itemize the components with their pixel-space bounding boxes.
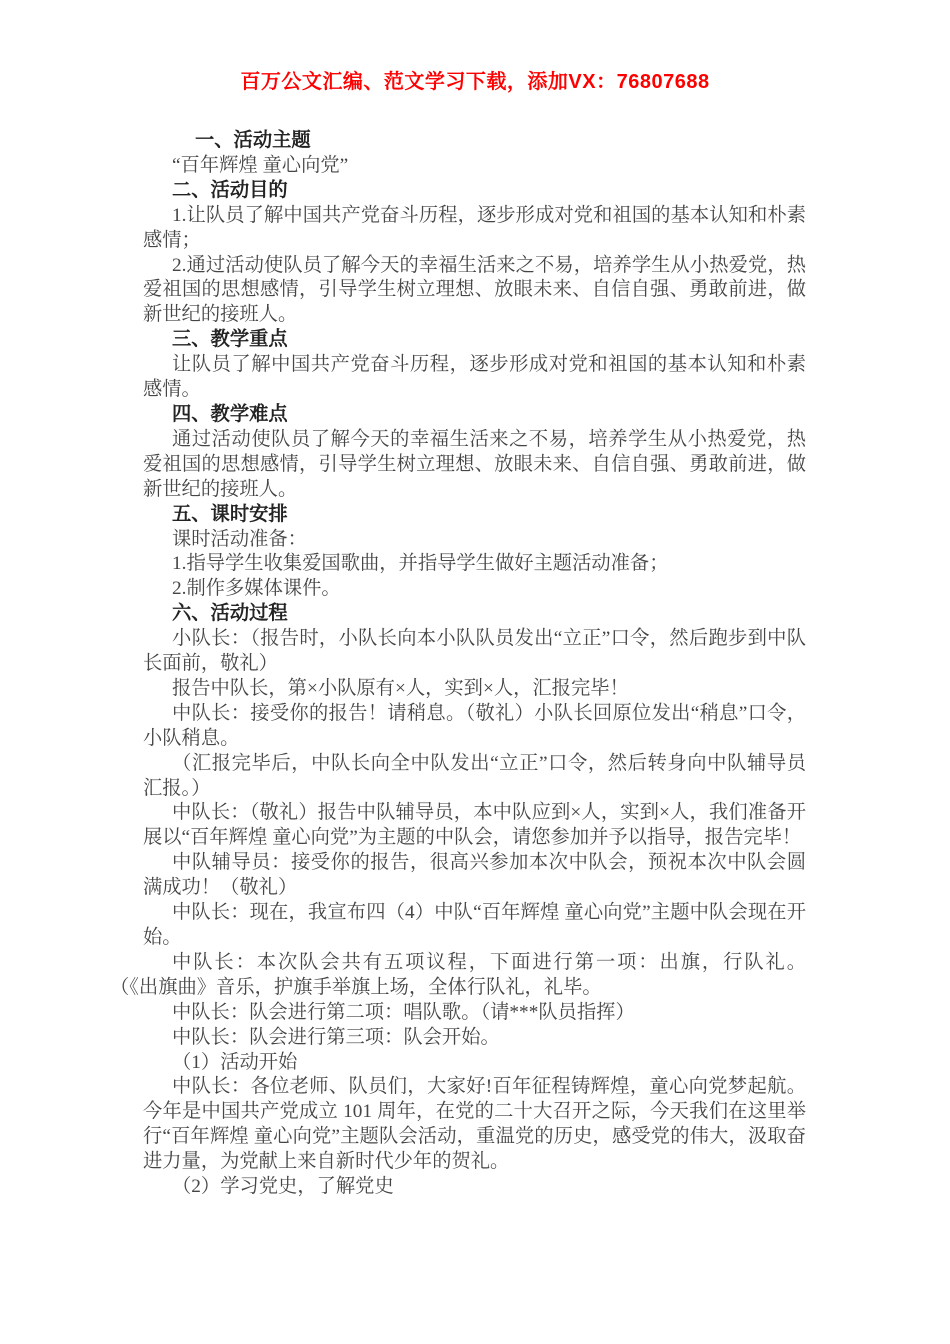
paragraph: 2.通过活动使队员了解今天的幸福生活来之不易，培养学生从小热爱党，热爱祖国的思想…: [143, 254, 806, 329]
paragraph: 中队长：（敬礼）报告中队辅导员，本中队应到×人，实到×人，我们准备开展以“百年辉…: [143, 801, 806, 851]
paragraph: 中队长：队会进行第二项：唱队歌。（请***队员指挥）: [143, 1001, 806, 1026]
paragraph: 课时活动准备：: [143, 528, 806, 553]
paragraph: （汇报完毕后，中队长向全中队发出“立正”口令，然后转身向中队辅导员汇报。）: [143, 752, 806, 802]
paragraph: 中队长：接受你的报告！请稍息。（敬礼）小队长回原位发出“稍息”口令，小队稍息。: [143, 702, 806, 752]
paragraph: 1.指导学生收集爱国歌曲，并指导学生做好主题活动准备；: [143, 552, 806, 577]
paragraph: 报告中队长，第×小队原有×人，实到×人，汇报完毕！: [143, 677, 806, 702]
document-page: 百万公文汇编、范文学习下载，添加VX：76807688 一、活动主题“百年辉煌 …: [0, 0, 950, 1344]
paragraph: 中队长：各位老师、队员们，大家好!百年征程铸辉煌，童心向党梦起航。今年是中国共产…: [143, 1075, 806, 1175]
paragraph: 1.让队员了解中国共产党奋斗历程，逐步形成对党和祖国的基本认知和朴素感情；: [143, 204, 806, 254]
watermark-banner: 百万公文汇编、范文学习下载，添加VX：76807688: [0, 70, 950, 94]
section-heading: 五、课时安排: [143, 503, 806, 528]
section-heading: 二、活动目的: [143, 179, 806, 204]
paragraph: “百年辉煌 童心向党”: [143, 154, 806, 179]
section-heading: 一、活动主题: [143, 129, 806, 154]
document-content: 一、活动主题“百年辉煌 童心向党”二、活动目的1.让队员了解中国共产党奋斗历程，…: [143, 129, 806, 1200]
paragraph: 小队长：（报告时，小队长向本小队队员发出“立正”口令，然后跑步到中队长面前，敬礼…: [143, 627, 806, 677]
section-heading: 三、教学重点: [143, 328, 806, 353]
paragraph: 2.制作多媒体课件。: [143, 577, 806, 602]
section-heading: 四、教学难点: [143, 403, 806, 428]
paragraph: 中队长：现在，我宣布四（4）中队“百年辉煌 童心向党”主题中队会现在开始。: [143, 901, 806, 951]
section-heading: 六、活动过程: [143, 602, 806, 627]
paragraph: 中队长：本次队会共有五项议程，下面进行第一项：出旗，行队礼。: [143, 951, 806, 976]
paragraph: 通过活动使队员了解今天的幸福生活来之不易，培养学生从小热爱党，热爱祖国的思想感情…: [143, 428, 806, 503]
paragraph: 中队长：队会进行第三项：队会开始。: [143, 1026, 806, 1051]
paragraph: 中队辅导员：接受你的报告，很高兴参加本次中队会，预祝本次中队会圆满成功！（敬礼）: [143, 851, 806, 901]
paragraph: （《出旗曲》音乐，护旗手举旗上场，全体行队礼，礼毕。: [143, 976, 806, 1001]
paragraph: （2）学习党史，了解党史: [143, 1175, 806, 1200]
paragraph: 让队员了解中国共产党奋斗历程，逐步形成对党和祖国的基本认知和朴素感情。: [143, 353, 806, 403]
paragraph: （1）活动开始: [143, 1051, 806, 1076]
